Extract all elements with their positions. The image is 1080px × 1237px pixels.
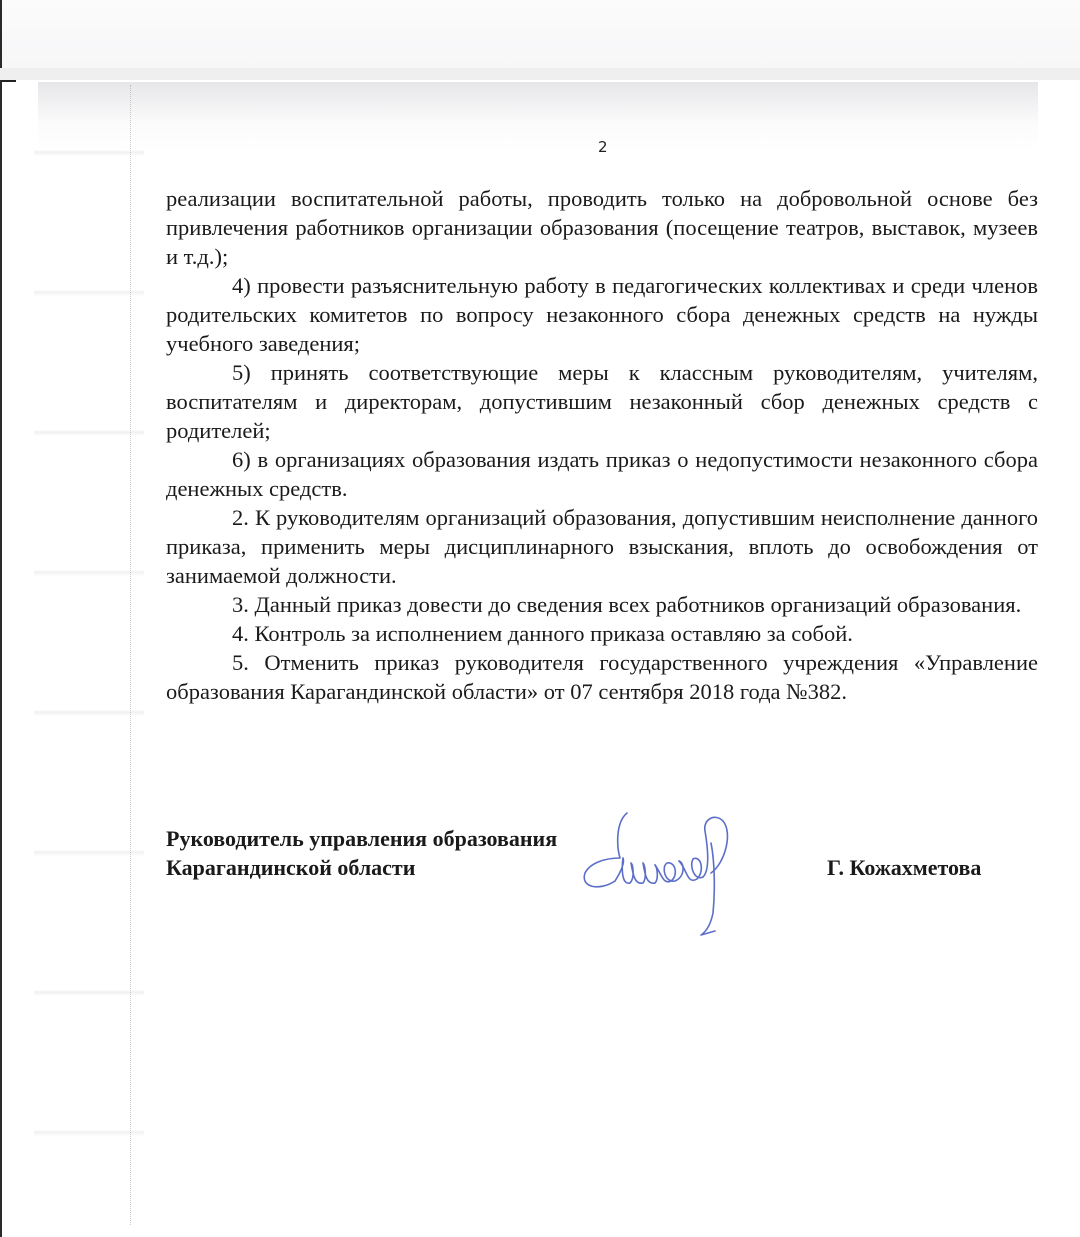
paragraph-clause-4: 4. Контроль за исполнением данного прика… — [166, 619, 1038, 648]
page-number: 2 — [598, 138, 608, 156]
previous-page-strip — [0, 0, 1080, 68]
paragraph-continuation: реализации воспитательной работы, провод… — [166, 184, 1038, 271]
scan-margin-line — [130, 85, 131, 1225]
scan-shadow — [38, 82, 1038, 152]
signatory-name: Г. Кожахметова — [827, 853, 981, 882]
scan-margin-artifacts — [34, 90, 144, 1230]
paragraph-item-5: 5) принять соответствующие меры к классн… — [166, 358, 1038, 445]
paragraph-clause-2: 2. К руководителям организаций образован… — [166, 503, 1038, 590]
document-body: реализации воспитательной работы, провод… — [166, 184, 1038, 706]
handwritten-signature-icon — [575, 803, 775, 943]
page-separator — [0, 68, 1080, 80]
paragraph-clause-3: 3. Данный приказ довести до сведения все… — [166, 590, 1038, 619]
page-edge-mark — [2, 80, 16, 82]
paragraph-clause-5: 5. Отменить приказ руководителя государс… — [166, 648, 1038, 706]
document-page: 2 реализации воспитательной работы, пров… — [0, 80, 1080, 1237]
paragraph-item-4: 4) провести разъяснительную работу в пед… — [166, 271, 1038, 358]
paragraph-item-6: 6) в организациях образования издать при… — [166, 445, 1038, 503]
